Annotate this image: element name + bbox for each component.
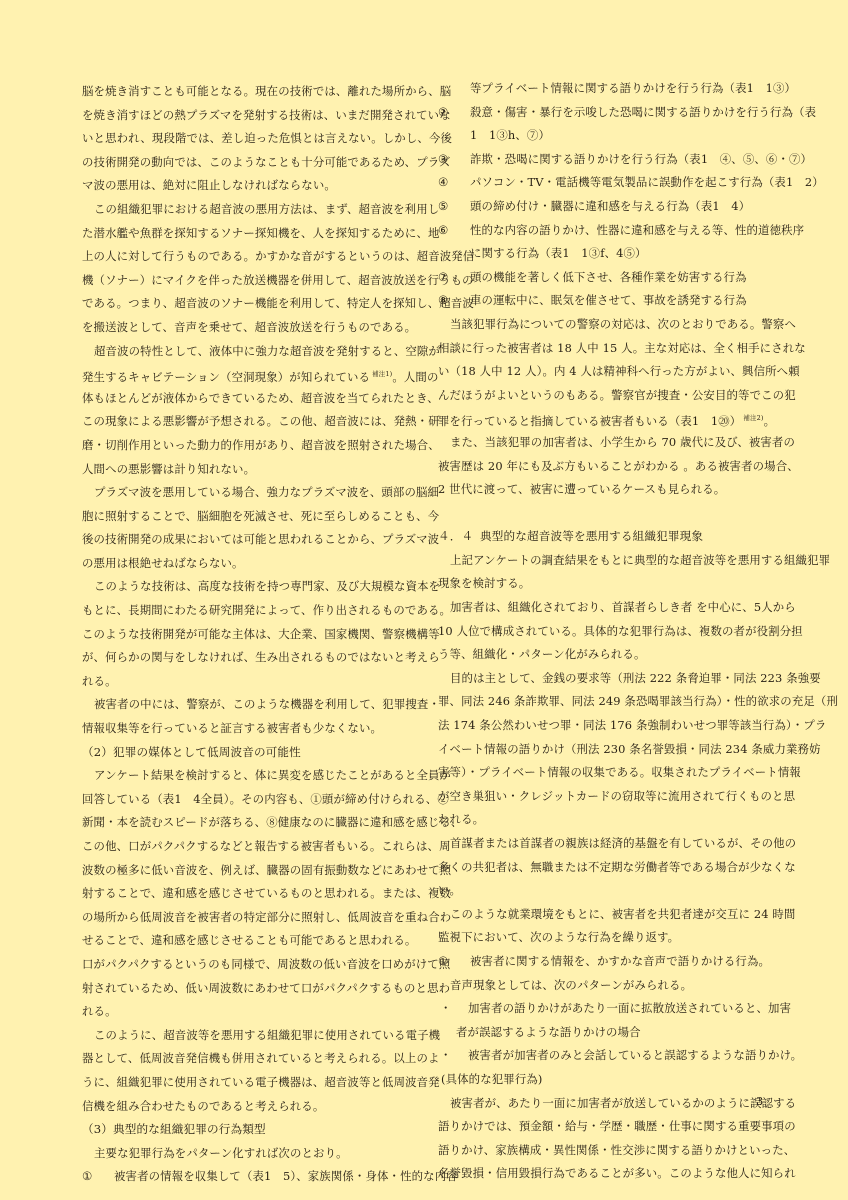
bullet-mark: ・ [438,1044,462,1068]
bullet-text: 加害者の語りかけがあたり一面に拡散放送されていると、加害 [462,1001,791,1015]
item-number: ⑦ [438,266,470,290]
item-number: ① [438,950,470,974]
left-column: 脳を焼き消すことも可能となる。現在の技術では、離れた場所から、脳 を焼き消すほど… [82,80,426,1189]
text-line: 情報収集等を行っていると証言する被害者も少なくない。 [82,717,426,741]
text-line: 現象を検討する。 [438,572,772,596]
item-text: 殺意・傷害・暴行を示唆した恐喝に関する語りかけを行う行為（表 [470,105,816,119]
text-line: 体もほとんどが液体からできているため、超音波を当てられたとき、 [82,387,426,411]
text-line: んだほうがよいというのもある。警察官が捜査・公安目的等でこの犯 [438,384,772,408]
text-line: い（18 人中 12 人）。内 4 人は精神科へ行った方がよい、興信所へ頼 [438,360,772,384]
list-item: ①被害者の情報を収集して（表1 5）、家族関係・身体・性的な内容 [82,1165,426,1189]
text-line: 被害者の中には、警察が、このような機器を利用して、犯罪捜査・ [82,693,426,717]
subheading: （2）犯罪の媒体として低周波音の可能性 [82,741,426,765]
text-line: 胞に照射することで、脳細胞を死滅させ、死に至らしめることも、今 [82,505,426,529]
text-line-with-footnote: 発生するキャビテーション（空洞現象）が知られている補注1)。人間の [82,363,426,387]
text-line: い。 [438,879,772,903]
text-line: 音声現象としては、次のパターンがみられる。 [438,974,772,998]
text-line: 被害者が、あたり一面に加害者が放送しているかのように誤認する [438,1092,772,1116]
text: 。人間の [392,370,438,384]
text-line: このように、超音波等を悪用する組織犯罪に使用されている電子機 [82,1024,426,1048]
text-line: の場所から低周波音を被害者の特定部分に照射し、低周波音を重ね合わ [82,906,426,930]
text-line: 機（ソナー）にマイクを伴った放送機器を併用して、超音波放送を行うもの [82,269,426,293]
text-line: このような就業環境をもとに、被害者を共犯者達が交互に 24 時間 [438,903,772,927]
section-title: 典型的な超音波等を悪用する組織犯罪現象 [480,529,703,543]
bullet-text: 被害者が加害者のみと会話していると誤認するような語りかけ。 [462,1048,802,1062]
text-line: の悪用は根絶せねばならない。 [82,552,426,576]
text-line: このような技術開発が可能な主体は、大企業、国家機関、警察機構等 [82,623,426,647]
text-line: 射することで、違和感を感じさせているものと思われる。または、複数 [82,882,426,906]
text-line: 語りかけでは、預金額・給与・学歴・職歴・仕事に関する重要事項の [438,1115,772,1139]
item-text: 被害者に関する情報を、かすかな音声で語りかける行為。 [470,954,770,968]
text-line: 害等）・プライベート情報の収集である。収集されたプライベート情報 [438,761,772,785]
item-number: ⑤ [438,195,470,219]
text-line: この他、口がパクパクするなどと報告する被害者もいる。これらは、周 [82,835,426,859]
bullet-mark: ・ [438,997,462,1021]
text-line: 磨・切削作用といった動力的作用があり、超音波を照射された場合、 [82,434,426,458]
text-line: 脳を焼き消すことも可能となる。現在の技術では、離れた場所から、脳 [82,80,426,104]
text-line: 加害者は、組織化されており、首謀者らしき者 を中心に、5人から [438,596,772,620]
text-line: 2 世代に渡って、被害に遭っているケースも見られる。 [438,478,772,502]
text-line: の技術開発の動向では、このようなことも十分可能であるため、プラズ [82,151,426,175]
text-line: 人間への悪影響は計り知れない。 [82,458,426,482]
text-line: 後の技術開発の成果においては可能と思われることから、プラズマ波 [82,528,426,552]
spacer [438,502,772,526]
text-line: 名誉毀損・信用毀損行為であることが多い。このような他人に知られ [438,1162,772,1186]
text-line: アンケート結果を検討すると、体に異変を感じたことがあると全員が [82,764,426,788]
item-text: 性的な内容の語りかけ、性器に違和感を与える等、性的道徳秩序 [470,223,804,237]
text-line: また、当該犯罪の加害者は、小学生から 70 歳代に及び、被害者の [438,431,772,455]
item-number: ② [438,101,470,125]
list-item-continuation: 等プライベート情報に関する語りかけを行う行為（表1 1③） [438,77,772,101]
text-line: この現象による悪影響が予想される。この他、超音波には、発熱・研 [82,410,426,434]
item-text: 詐欺・恐喝に関する語りかけを行う行為（表1 ④、⑤、⑥・⑦） [470,152,812,166]
text-line: た潜水艦や魚群を探知するソナー探知機を、人を探知するために、地 [82,222,426,246]
text-line: 法 174 条公然わいせつ罪・同法 176 条強制わいせつ罪等該当行為）・プラ [438,714,772,738]
list-item: ⑧車の運転中に、眠気を催させて、事故を誘発する行為 [438,289,772,313]
text-line: 主要な犯罪行為をパターン化すれば次のとおり。 [82,1142,426,1166]
text: 罪を行っていると指摘している被害者もいる（表1 1⑳） [438,414,741,428]
text-line: を焼き消すほどの熱プラズマを発射する技術は、いまだ開発されていな [82,104,426,128]
text-line: を搬送波として、音声を乗せて、超音波放送を行うものである。 [82,316,426,340]
text-line: 口がパクパクするというのも同様で、周波数の低い音波を口めがけて照 [82,953,426,977]
text-line: プラズマ波を悪用している場合、強力なプラズマ波を、頭部の脳細 [82,481,426,505]
list-item: ⑤頭の締め付け・臓器に違和感を与える行為（表1 4） [438,195,772,219]
text-line: 10 人位で構成されている。具体的な犯罪行為は、複数の者が役割分担 [438,620,772,644]
item-text: 車の運転中に、眠気を催させて、事故を誘発する行為 [470,293,747,307]
text-line: 当該犯罪行為についての警察の対応は、次のとおりである。警察へ [438,313,772,337]
bullet-item: ・被害者が加害者のみと会話していると誤認するような語りかけ。 [438,1044,772,1068]
text: 発生するキャビテーション（空洞現象）が知られている [82,370,370,384]
item-text: 被害者の情報を収集して（表1 5）、家族関係・身体・性的な内容 [114,1169,458,1183]
text-line: 射されているため、低い周波数にあわせて口がパクパクするものと思わ [82,977,426,1001]
text-line: 相談に行った被害者は 18 人中 15 人。主な対応は、全く相手にされな [438,337,772,361]
item-number: ③ [438,148,470,172]
text-line: もとに、長期間にわたる研究開発によって、作り出されるものである。 [82,599,426,623]
list-item-continuation: 1 1③h、⑦） [438,124,772,148]
text-line-with-footnote: 罪を行っていると指摘している被害者もいる（表1 1⑳）補注2)。 [438,407,772,431]
list-item: ⑥性的な内容の語りかけ、性器に違和感を与える等、性的道徳秩序 [438,219,772,243]
text-line: 上の人に対して行うものである。かすかな音がするというのは、超音波発信 [82,245,426,269]
item-text: パソコン・TV・電話機等電気製品に誤動作を起こす行為（表1 2） [470,175,824,189]
text-line: 首謀者または首謀者の親族は経済的基盤を有しているが、その他の [438,832,772,856]
section-number: ４．４ [438,525,480,549]
item-number: ⑥ [438,219,470,243]
section-heading: ４．４典型的な超音波等を悪用する組織犯罪現象 [438,525,772,549]
text-line: この組織犯罪における超音波の悪用方法は、まず、超音波を利用し [82,198,426,222]
text-line: 波数の極多に低い音波を、例えば、臓器の固有振動数などにあわせて照 [82,859,426,883]
text-line: われる。 [438,808,772,832]
text-line: 罪、同法 246 条詐欺罪、同法 249 条恐喝罪該当行為）・性的欲求の充足（刑 [438,690,772,714]
subheading: （3）典型的な組織犯罪の行為類型 [82,1118,426,1142]
item-number: ④ [438,171,470,195]
text-line: 語りかけ、家族構成・異性関係・性交渉に関する語りかけといった、 [438,1139,772,1163]
right-column: 等プライベート情報に関する語りかけを行う行為（表1 1③） ②殺意・傷害・暴行を… [438,77,772,1186]
text-line: うに、組織犯罪に使用されている電子機器は、超音波等と低周波音発 [82,1071,426,1095]
text-line: れる。 [82,1000,426,1024]
text-line: う等、組織化・パターン化がみられる。 [438,643,772,667]
list-item: ⑦頭の機能を著しく低下させ、各種作業を妨害する行為 [438,266,772,290]
text-line: 上記アンケートの調査結果をもとに典型的な超音波等を悪用する組織犯罪 [438,549,772,573]
page-number: 3 [756,1094,763,1108]
text-line: 被害歴は 20 年にも及ぶ方もいることがわかる 。ある被害者の場合、 [438,455,772,479]
text-line: が、何らかの関与をしなければ、生み出されるものではないと考えら [82,646,426,670]
text-line: 目的は主として、金銭の要求等（刑法 222 条脅迫罪・同法 223 条強要 [438,667,772,691]
text-line: が空き巣狙い・クレジットカードの窃取等に流用されて行くものと思 [438,785,772,809]
bullet-item: ・加害者の語りかけがあたり一面に拡散放送されていると、加害 [438,997,772,1021]
text-line: 回答している（表1 4全員）。その内容も、①頭が締め付けられる、② [82,788,426,812]
bullet-continuation: 者が誤認するような語りかけの場合 [438,1021,772,1045]
footnote-ref[interactable]: 補注1) [372,370,392,378]
list-item: ②殺意・傷害・暴行を示唆した恐喝に関する語りかけを行う行為（表 [438,101,772,125]
list-item: ④パソコン・TV・電話機等電気製品に誤動作を起こす行為（表1 2） [438,171,772,195]
list-item: ③詐欺・恐喝に関する語りかけを行う行為（表1 ④、⑤、⑥・⑦） [438,148,772,172]
list-item-continuation: に関する行為（表1 1③f、4⑤） [438,242,772,266]
text-line: 新聞・本を読むスピードが落ちる、⑧健康なのに臓器に違和感を感じる、 [82,811,426,835]
text-line: イベート情報の語りかけ（刑法 230 条名誉毀損・同法 234 条威力業務妨 [438,738,772,762]
text-line: 監視下において、次のような行為を繰り返す。 [438,926,772,950]
item-text: 頭の機能を著しく低下させ、各種作業を妨害する行為 [470,270,747,284]
text-line: せることで、違和感を感じさせることも可能であると思われる。 [82,929,426,953]
text: 。 [764,414,776,428]
text-line: 多くの共犯者は、無職または不定期な労働者等である場合が少なくな [438,856,772,880]
item-text: 頭の締め付け・臓器に違和感を与える行為（表1 4） [470,199,750,213]
list-item: ①被害者に関する情報を、かすかな音声で語りかける行為。 [438,950,772,974]
text-line: である。つまり、超音波のソナー機能を利用して、特定人を探知し、超音波 [82,292,426,316]
item-number: ① [82,1165,114,1189]
text-line: このような技術は、高度な技術を持つ専門家、及び大規模な資本を [82,575,426,599]
text-line: れる。 [82,670,426,694]
item-number: ⑧ [438,289,470,313]
subheading: (具体的な犯罪行為) [438,1068,772,1092]
text-line: マ波の悪用は、絶対に阻止しなければならない。 [82,174,426,198]
text-line: 超音波の特性として、液体中に強力な超音波を発射すると、空隙が [82,340,426,364]
text-line: 器として、低周波音発信機も併用されていると考えられる。以上のよ [82,1047,426,1071]
text-line: 信機を組み合わせたものであると考えられる。 [82,1095,426,1119]
text-line: いと思われ、現段階では、差し迫った危惧とは言えない。しかし、今後 [82,127,426,151]
footnote-ref[interactable]: 補注2) [743,414,763,422]
